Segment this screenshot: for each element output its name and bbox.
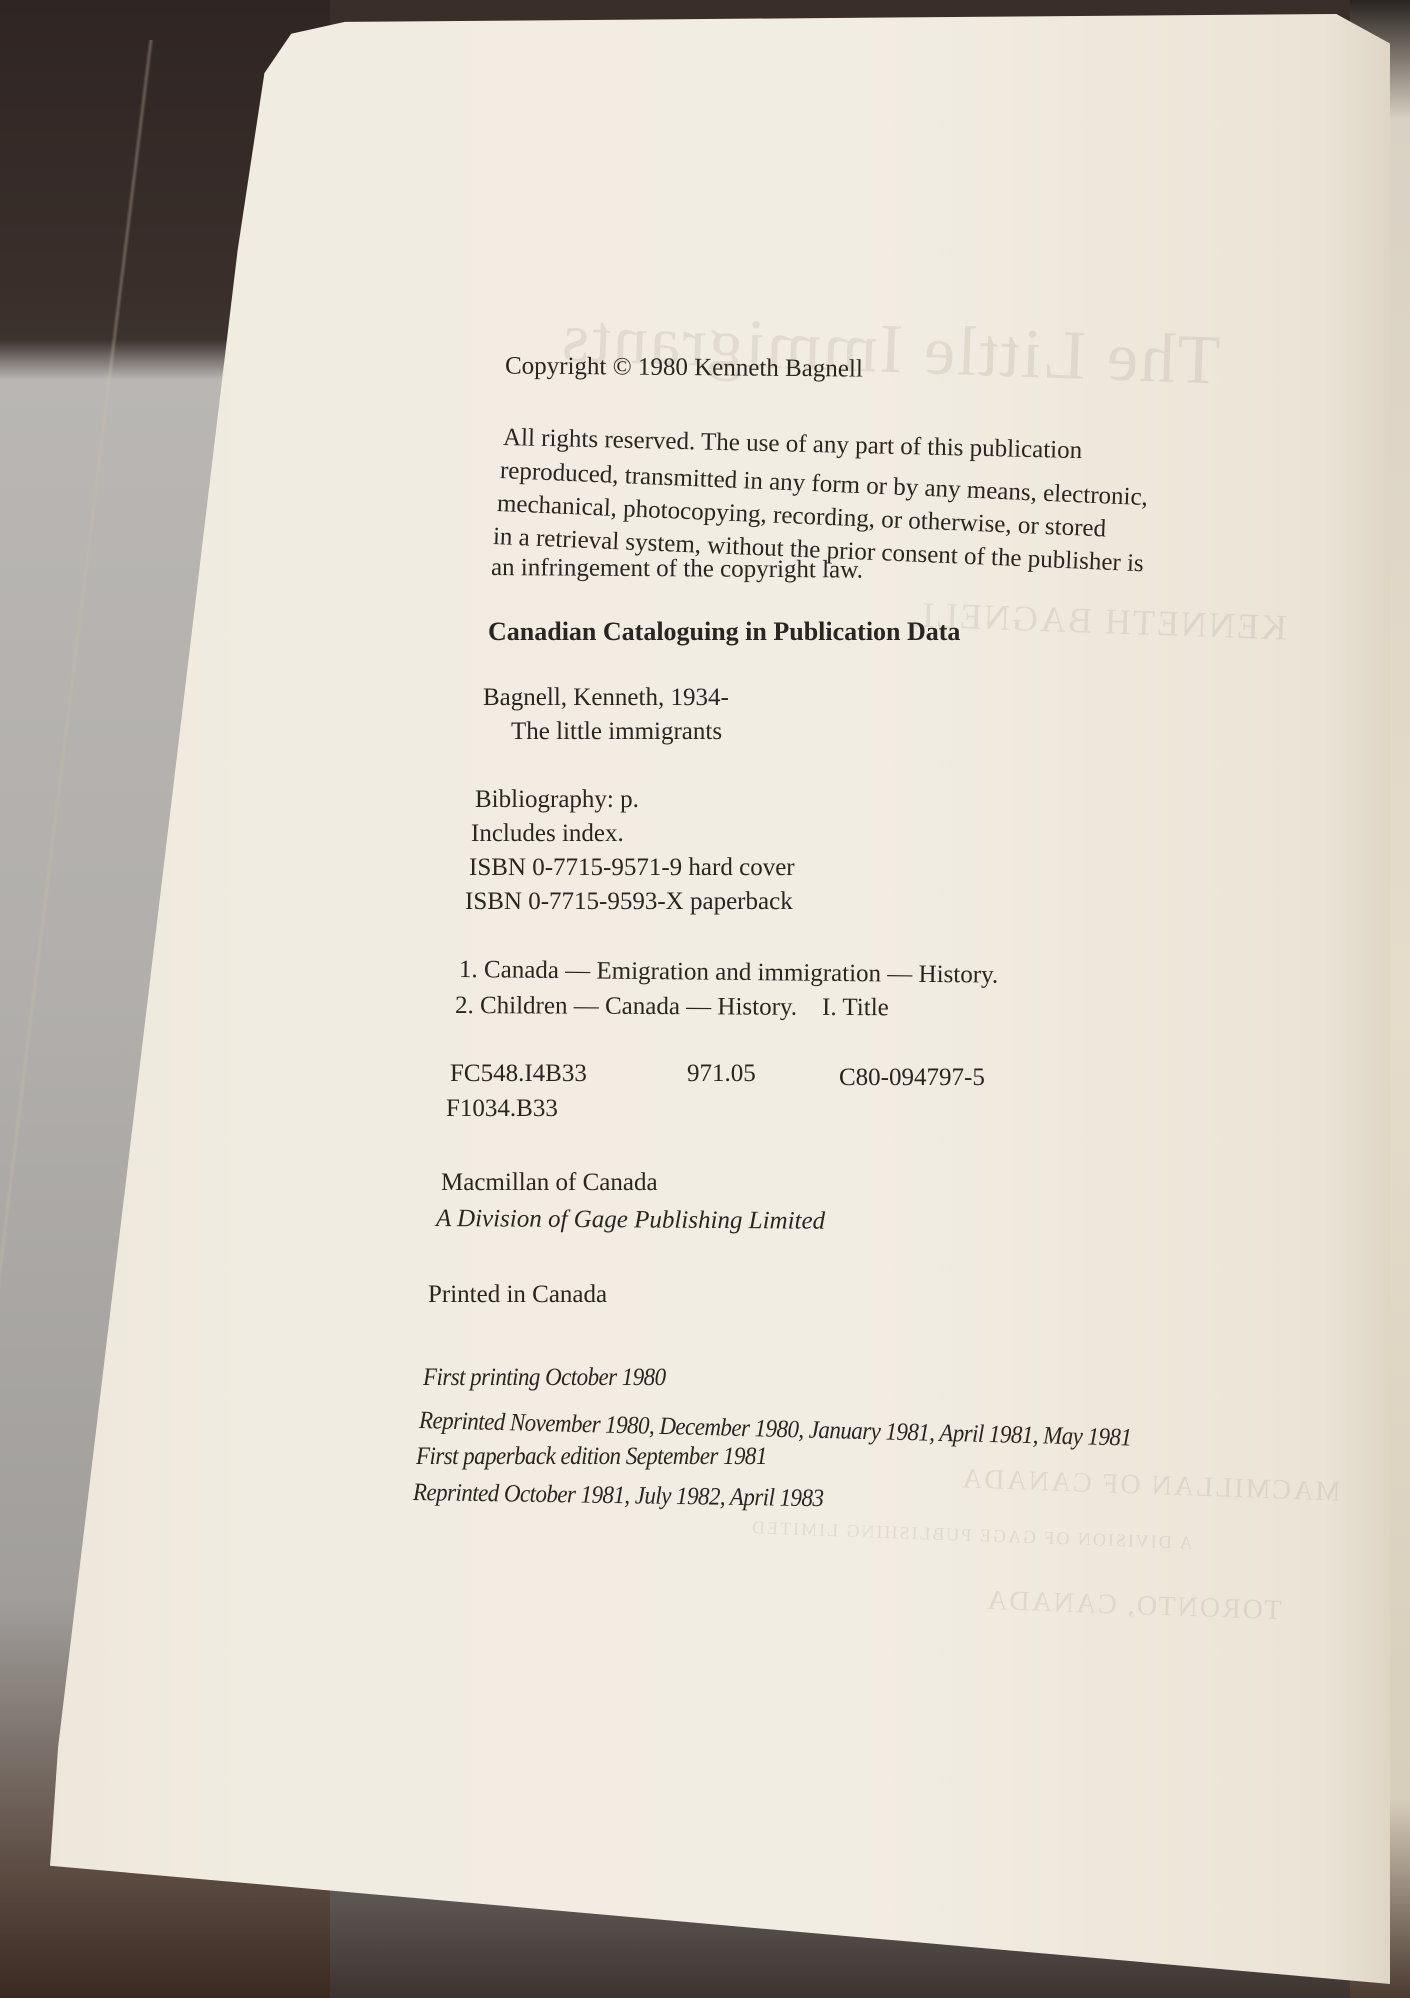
cip-author: Bagnell, Kenneth, 1934- [483, 682, 729, 714]
cip-note-bibliography: Bibliography: p. [475, 784, 639, 816]
publisher-name: Macmillan of Canada [441, 1167, 658, 1199]
lc-classification-alt: F1034.B33 [446, 1093, 558, 1125]
subject-2: 2. Children — Canada — History. I. Title [455, 990, 889, 1024]
isbn-paperback: ISBN 0-7715-9593-X paperback [465, 886, 793, 918]
cip-note-index: Includes index. [471, 818, 624, 850]
isbn-hardcover: ISBN 0-7715-9571-9 hard cover [469, 852, 795, 884]
printing-first: First printing October 1980 [423, 1362, 666, 1394]
copyright-line: Copyright © 1980 Kenneth Bagnell [505, 350, 863, 385]
cip-title: The little immigrants [511, 716, 722, 748]
cip-number: C80-094797-5 [839, 1062, 985, 1094]
publisher-division: A Division of Gage Publishing Limited [436, 1203, 825, 1238]
printing-reprints-2: Reprinted October 1981, July 1982, April… [413, 1477, 824, 1515]
cip-heading: Canadian Cataloguing in Publication Data [488, 616, 960, 648]
dewey-classification: 971.05 [687, 1058, 756, 1090]
subject-1: 1. Canada — Emigration and immigration —… [459, 954, 999, 992]
rights-line-5: an infringement of the copyright law. [491, 552, 863, 587]
printed-in: Printed in Canada [428, 1279, 607, 1311]
printing-paperback: First paperback edition September 1981 [416, 1441, 767, 1473]
lc-classification: FC548.I4B33 [450, 1058, 587, 1090]
copyright-page: Copyright © 1980 Kenneth Bagnell All rig… [0, 0, 1410, 1998]
